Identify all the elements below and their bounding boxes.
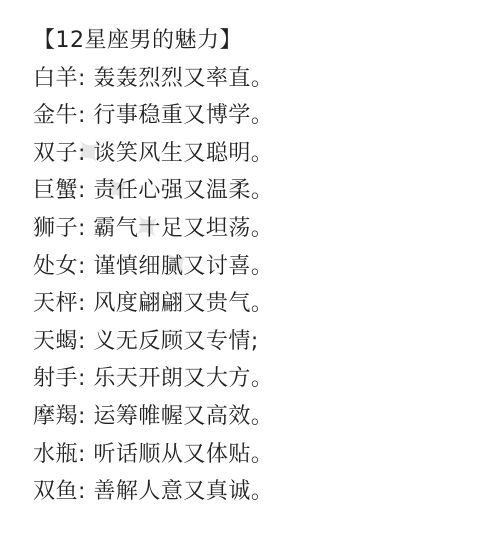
sign-name: 狮子 — [33, 216, 78, 241]
trait-text: 霸气十足又坦荡。 — [93, 216, 273, 241]
zodiac-line-leo: 狮子: 霸气十足又坦荡。 — [33, 210, 273, 248]
document-body: 【12星座男的魅力】 白羊: 轰轰烈烈又率直。 金牛: 行事稳重又博学。 双子:… — [33, 22, 273, 511]
trait-text: 运筹帷幄又高效。 — [93, 404, 273, 429]
zodiac-line-aquarius: 水瓶: 听话顺从又体贴。 — [33, 436, 273, 474]
document-title: 【12星座男的魅力】 — [33, 22, 273, 60]
separator: : — [78, 404, 93, 429]
sign-name: 巨蟹 — [33, 178, 78, 203]
sign-name: 摩羯 — [33, 404, 78, 429]
separator: : — [78, 329, 93, 354]
trait-text: 轰轰烈烈又率直。 — [93, 66, 273, 91]
separator: : — [78, 254, 93, 279]
sign-name: 处女 — [33, 254, 78, 279]
sign-name: 双子 — [33, 141, 78, 166]
zodiac-line-virgo: 处女: 谨慎细腻又讨喜。 — [33, 248, 273, 286]
separator: : — [78, 141, 93, 166]
sign-name: 水瓶 — [33, 442, 78, 467]
zodiac-line-sagittarius: 射手: 乐天开朗又大方。 — [33, 360, 273, 398]
separator: : — [78, 479, 93, 504]
trait-text: 行事稳重又博学。 — [93, 103, 273, 128]
sign-name: 金牛 — [33, 103, 78, 128]
zodiac-line-capricorn: 摩羯: 运筹帷幄又高效。 — [33, 398, 273, 436]
trait-text: 听话顺从又体贴。 — [93, 442, 273, 467]
zodiac-line-scorpio: 天蝎: 义无反顾又专情; — [33, 323, 273, 361]
zodiac-line-libra: 天枰: 风度翩翩又贵气。 — [33, 285, 273, 323]
separator: : — [78, 291, 93, 316]
trait-text: 谨慎细腻又讨喜。 — [93, 254, 273, 279]
separator: : — [78, 366, 93, 391]
separator: : — [78, 178, 93, 203]
trait-text: 谈笑风生又聪明。 — [93, 141, 273, 166]
zodiac-line-pisces: 双鱼: 善解人意又真诚。 — [33, 473, 273, 511]
sign-name: 天枰 — [33, 291, 78, 316]
sign-name: 双鱼 — [33, 479, 78, 504]
separator: : — [78, 442, 93, 467]
sign-name: 射手 — [33, 366, 78, 391]
trait-text: 风度翩翩又贵气。 — [93, 291, 273, 316]
zodiac-line-taurus: 金牛: 行事稳重又博学。 — [33, 97, 273, 135]
trait-text: 善解人意又真诚。 — [93, 479, 273, 504]
trait-text: 乐天开朗又大方。 — [93, 366, 273, 391]
zodiac-line-cancer: 巨蟹: 责任心强又温柔。 — [33, 172, 273, 210]
zodiac-line-gemini: 双子: 谈笑风生又聪明。 — [33, 135, 273, 173]
zodiac-line-aries: 白羊: 轰轰烈烈又率直。 — [33, 60, 273, 98]
sign-name: 白羊 — [33, 66, 78, 91]
separator: : — [78, 216, 93, 241]
separator: : — [78, 103, 93, 128]
sign-name: 天蝎 — [33, 329, 78, 354]
trait-text: 责任心强又温柔。 — [93, 178, 273, 203]
separator: : — [78, 66, 93, 91]
trait-text: 义无反顾又专情; — [93, 329, 258, 354]
